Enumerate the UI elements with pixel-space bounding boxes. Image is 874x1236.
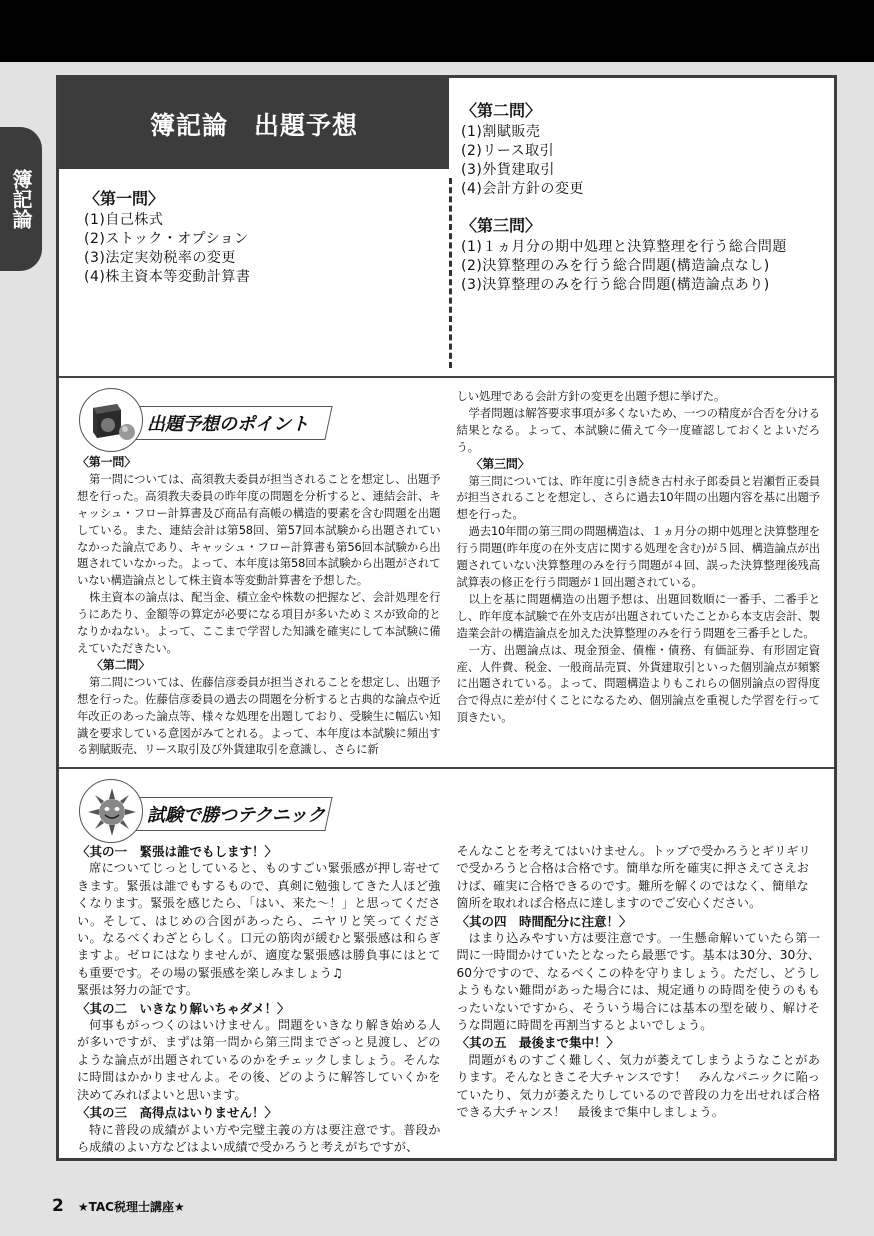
points-badge-label: 出題予想のポイント [147,410,309,436]
paragraph: 過去10年間の第三問の問題構造は、１ヵ月分の期中処理と決算整理を行う問題(昨年度… [457,523,821,591]
paragraph: 何事もがっつくのはいけません。問題をいきなり解き始める人が多いですが、まずは第一… [77,1017,441,1104]
top-black-bar [0,0,874,62]
q3-heading: 〈第三問〉 [461,213,787,236]
cube-sphere-icon [87,396,137,446]
paragraph: 株主資本の論点は、配当金、積立金や株数の把握など、会計処理を行うにあたり、金額等… [77,589,441,657]
paragraph: 席についてじっとしていると、ものすごい緊張感が押し寄せてきます。緊張は誰でもする… [77,860,441,982]
q2-heading: 〈第二問〉 [461,98,787,121]
paragraph-continued: そんなことを考えてはいけません。トップで受かろうとギリギリで受かろうと合格は合格… [457,843,821,913]
paragraph: 問題がものすごく難しく、気力が萎えてしまうようなことがあります。そんなときこそ大… [457,1052,821,1122]
q2-item: (1)割賦販売 [461,123,787,142]
points-left-column: 〈第一問〉 第一問については、高須教夫委員が担当されることを想定し、出題予想を行… [77,454,441,758]
forecast-section: 簿記論 出題予想 〈第一問〉 (1)自己株式 (2)ストック・オプション (3)… [59,78,834,376]
page-frame: 簿記論 出題予想 〈第一問〉 (1)自己株式 (2)ストック・オプション (3)… [56,75,837,1161]
page-number: 2 [52,1196,64,1216]
page-footer: 2 ★TAC税理士講座★ [52,1196,185,1216]
forecast-q2-q3: 〈第二問〉 (1)割賦販売 (2)リース取引 (3)外貨建取引 (4)会計方針の… [461,98,787,295]
points-right-column: しい処理である会計方針の変更を出題予想に挙げた。 学者問題は解答要求事項が多くな… [457,388,821,758]
paragraph: 第三問については、昨年度に引き続き古村永子郎委員と岩瀬哲正委員が担当されることを… [457,473,821,524]
paragraph: 特に普段の成績がよい方や完璧主義の方は要注意です。普段から成績のよい方などはよい… [77,1122,441,1157]
points-badge: 出題予想のポイント [79,388,329,452]
tip-heading: 〈其の四 時間配分に注意！〉 [457,913,821,930]
technique-badge: 試験で勝つテクニック [79,779,329,843]
q1-item: (1)自己株式 [84,211,250,230]
q3-item: (2)決算整理のみを行う総合問題(構造論点なし) [461,257,787,276]
side-tab-label: 簿記論 [11,169,31,229]
dashed-divider [449,178,452,368]
technique-right-column: そんなことを考えてはいけません。トップで受かろうとギリギリで受かろうと合格は合格… [457,843,821,1156]
q2-item: (3)外貨建取引 [461,161,787,180]
paragraph: 以上を基に問題構造の出題予想は、出題回数順に一番手、二番手とし、昨年度本試験で在… [457,591,821,642]
paragraph: はまり込みやすい方は要注意です。一生懸命解いていたら第一問に一時間かけていたとな… [457,930,821,1034]
q1-heading: 〈第一問〉 [84,186,250,209]
technique-left-column: 〈其の一 緊張は誰でもします！〉 席についてじっとしていると、ものすごい緊張感が… [77,843,441,1156]
paragraph: 第二問については、佐藤信彦委員が担当されることを想定し、出題予想を行った。佐藤信… [77,674,441,759]
technique-badge-label: 試験で勝つテクニック [147,801,325,827]
paragraph: 学者問題は解答要求事項が多くないため、一つの精度が合否を分ける結果となる。よって… [457,405,821,456]
technique-columns: 〈其の一 緊張は誰でもします！〉 席についてじっとしていると、ものすごい緊張感が… [77,843,820,1156]
paragraph: 第一問については、高須教夫委員が担当されることを想定し、出題予想を行った。高須教… [77,471,441,589]
q3-item: (3)決算整理のみを行う総合問題(構造論点あり) [461,276,787,295]
forecast-q3: 〈第三問〉 (1)１ヵ月分の期中処理と決算整理を行う総合問題 (2)決算整理のみ… [461,213,787,295]
q3-item: (1)１ヵ月分の期中処理と決算整理を行う総合問題 [461,238,787,257]
footer-brand: ★TAC税理士講座★ [78,1198,185,1215]
q1-item: (2)ストック・オプション [84,230,250,249]
tip-heading: 〈其の三 高得点はいりません！〉 [77,1104,441,1121]
points-section: 出題予想のポイント 〈第一問〉 第一問については、高須教夫委員が担当されることを… [59,378,834,766]
points-columns: 〈第一問〉 第一問については、高須教夫委員が担当されることを想定し、出題予想を行… [77,454,820,758]
forecast-q1: 〈第一問〉 (1)自己株式 (2)ストック・オプション (3)法定実効税率の変更… [84,186,250,287]
tip-heading: 〈其の二 いきなり解いちゃダメ！〉 [77,1000,441,1017]
forecast-q2: 〈第二問〉 (1)割賦販売 (2)リース取引 (3)外貨建取引 (4)会計方針の… [461,98,787,199]
side-tab-boki: 簿記論 [0,127,42,271]
q1-item: (3)法定実効税率の変更 [84,249,250,268]
paragraph: 一方、出題論点は、現金預金、債権・債務、有価証券、有形固定資産、人件費、税金、一… [457,642,821,727]
q2-item: (2)リース取引 [461,142,787,161]
paragraph-continued: しい処理である会計方針の変更を出題予想に挙げた。 [457,388,821,405]
q1-item: (4)株主資本等変動計算書 [84,268,250,287]
sub-heading: 〈第二問〉 [77,657,441,674]
page-title-bar: 簿記論 出題予想 [59,78,449,169]
sub-heading: 〈第一問〉 [77,454,441,471]
technique-section: 試験で勝つテクニック 〈其の一 緊張は誰でもします！〉 席についてじっとしている… [59,769,834,1158]
tip-heading: 〈其の一 緊張は誰でもします！〉 [77,843,441,860]
sub-heading: 〈第三問〉 [457,456,821,473]
page-title: 簿記論 出題予想 [150,106,358,142]
paragraph-continued: 緊張は努力の証です。 [77,982,441,999]
q2-item: (4)会計方針の変更 [461,180,787,199]
tip-heading: 〈其の五 最後まで集中！〉 [457,1034,821,1051]
smiling-sun-icon [87,787,137,837]
